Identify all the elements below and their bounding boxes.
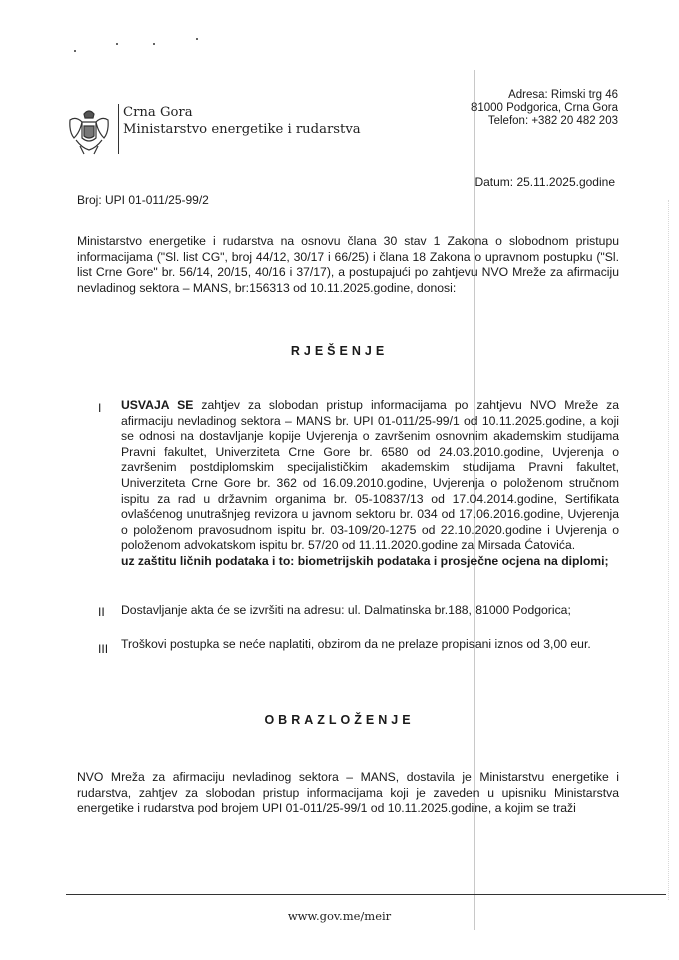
organization-block: Crna Gora Ministarstvo energetike i ruda… [123, 104, 361, 138]
decision-item-2: Dostavljanje akta će se izvršiti na adre… [121, 603, 619, 619]
item-lead: USVAJA SE [121, 398, 193, 412]
country-name: Crna Gora [123, 104, 361, 121]
address-city: 81000 Podgorica, Crna Gora [471, 102, 618, 115]
phone-number: Telefon: +382 20 482 203 [471, 115, 618, 128]
item-numeral: I [98, 401, 101, 415]
item-numeral: II [98, 605, 105, 619]
decision-title: RJEŠENJE [0, 344, 679, 358]
decision-item-1: USVAJA SE zahtjev za slobodan pristup in… [121, 398, 619, 570]
reasoning-paragraph: NVO Mreža za afirmaciju nevladinog sekto… [77, 770, 619, 817]
scan-speck [116, 43, 118, 45]
address-street: Adresa: Rimski trg 46 [471, 89, 618, 102]
document-number: Broj: UPI 01-011/25-99/2 [77, 193, 209, 207]
header-divider [118, 104, 119, 154]
item-text: zahtjev za slobodan pristup informacijam… [121, 398, 619, 552]
decision-item-3: Troškovi postupka se neće naplatiti, obz… [121, 637, 619, 653]
coat-of-arms-icon [66, 106, 112, 156]
footer-divider [66, 894, 666, 895]
scan-edge-line [668, 200, 670, 900]
scan-speck [196, 38, 198, 40]
footer-website: www.gov.me/meir [0, 909, 679, 923]
document-date: Datum: 25.11.2025.godine [474, 175, 615, 189]
scan-speck [153, 43, 155, 45]
intro-paragraph: Ministarstvo energetike i rudarstva na o… [77, 234, 619, 296]
scan-speck [74, 50, 76, 52]
address-block: Adresa: Rimski trg 46 81000 Podgorica, C… [471, 89, 618, 128]
reasoning-title: OBRAZLOŽENJE [0, 713, 679, 727]
item-numeral: III [98, 642, 108, 656]
ministry-name: Ministarstvo energetike i rudarstva [123, 121, 361, 138]
item-protection-note: uz zaštitu ličnih podataka i to: biometr… [121, 554, 619, 570]
